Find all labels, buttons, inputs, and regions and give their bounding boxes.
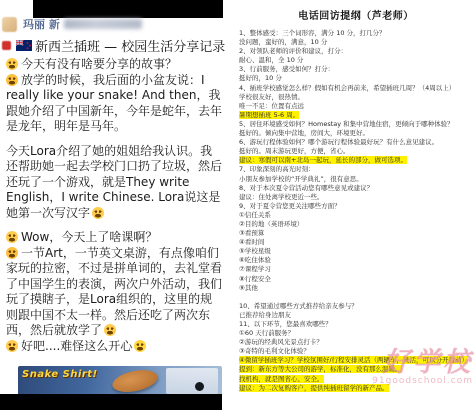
line-text: 小朋友参加学校的“开学典礼”，很有意思。	[239, 175, 363, 183]
post-body: 今天有没有啥要分享的故事？放学的时候，我后面的小盆友说：I really lik…	[6, 57, 222, 354]
outline-line: ④看时间	[239, 238, 474, 247]
interview-outline-panel: 电话回访提纲（芦老师） 1、整体感受：三个词形容，满分 10 分，打几分？没问题…	[237, 0, 475, 410]
outline-line: 11、以下环节，您最喜欢哪些？	[239, 320, 474, 329]
outline-line: ⑥吃住体验	[239, 256, 474, 265]
highlighted-text: 建议：为二次复购客户，提供纯插班留学的新产品。	[239, 384, 389, 392]
photo-dot-shape	[195, 382, 204, 391]
post-title: 新西兰插班 — 校园生活分享记录	[35, 36, 225, 55]
line-text: ⑨其他	[239, 284, 258, 292]
outline-line: 已推荐给身边朋友	[239, 311, 474, 320]
line-text: ⑧行程安全	[239, 275, 271, 283]
line-text: ⑦课程学习	[239, 265, 271, 273]
line-text: 已推荐给身边朋友	[239, 311, 291, 319]
outline-line: ②游玩的经典风光景点打卡？	[239, 338, 474, 347]
paragraph-text: 放学的时候，我后面的小盆友说：I really like your snake!…	[6, 73, 222, 134]
kid-emoji-icon	[6, 74, 18, 86]
author-name-redacted	[64, 19, 142, 29]
outline-line: ⑤学校星级	[239, 247, 474, 256]
outline-line: ①60 天行前服务？	[239, 329, 474, 338]
outline-line: ②目的地（英语环境）	[239, 220, 474, 229]
line-text: 6、游玩行程体验如何？哪个游玩行程体验最好玩？有什么意见建议。	[239, 138, 438, 146]
line-text: 挺好的。周末游玩更好，方便，省心。	[239, 147, 350, 155]
paragraph-text: 好吧....难怪这么开心	[21, 339, 132, 353]
outline-line: 2、对领队老师的评价和建议，打分：	[239, 47, 474, 56]
line-text: 耐心、温和，全 10 分	[239, 56, 303, 64]
line-text: ④看时间	[239, 238, 264, 246]
outline-line: ③看预算	[239, 229, 474, 238]
outline-line: ①信任关系	[239, 211, 474, 220]
mom-emoji-icon	[6, 58, 18, 70]
outline-line: 9、对于夏令营您更关注哪些方面？	[239, 202, 474, 211]
outline-line: 建议：为二次复购客户，提供纯插班留学的新产品。	[239, 384, 474, 393]
line-text: ②目的地（英语环境）	[239, 220, 303, 228]
line-text: ①信任关系	[239, 211, 271, 219]
post-paragraph: 今天有没有啥要分享的故事？	[6, 57, 222, 73]
line-text: ②游玩的经典风光景点打卡？	[239, 338, 323, 346]
line-text: 唯一不足：位置有点远	[239, 102, 304, 110]
line-text: ①60 天行前服务？	[239, 329, 294, 337]
line-text: 没问题，蛮好的，满意，10 分	[239, 38, 327, 46]
line-text: 挺好的，10 分	[239, 74, 282, 82]
line-text: 11、以下环节，您最喜欢哪些？	[239, 320, 332, 328]
post-paragraph: 放学的时候，我后面的小盆友说：I really like your snake!…	[6, 73, 222, 135]
outline-line: ⑦课程学习	[239, 265, 474, 274]
author-name[interactable]: 玛丽 新	[23, 16, 60, 32]
post-paragraph: 好吧....难怪这么开心	[6, 339, 222, 355]
outline-line: 提到：新东方等大公司的游学，标准化，没有那么温暖。	[239, 365, 474, 374]
line-text: 10、希望通过哪些方式推荐给亲友参与？	[239, 302, 358, 310]
line-text: ③奇特的毛利文化体验？	[239, 347, 310, 355]
post-paragraph: Wow，今天上了啥课啊？	[6, 230, 222, 246]
paragraph-text: Wow，今天上了啥课啊？	[21, 230, 157, 244]
line-text: 4、插班学校感觉怎么样？假如有机会再前来，希望插班几周？（4周以上）	[239, 84, 455, 92]
wechat-post-panel: 玛丽 新 新西兰插班 — 校园生活分享记录 今天有没有啥要分享的故事？放学的时	[0, 0, 230, 410]
outline-line: 7、印象深刻的高光时刻：	[239, 165, 474, 174]
line-text: 7、印象深刻的高光时刻：	[239, 165, 315, 173]
outline-line: 5、居住环境感受如何？Homestay 和集中营地住宿，更倾向于哪种体验？	[239, 120, 474, 129]
outline-line: 暑期想插班 5-6 周。	[239, 111, 474, 120]
post-paragraph: 一节Art，一节英文桌游，有点像咱们家玩的拉密，不过是拼单词的，去礼堂看了中国学…	[6, 246, 222, 339]
outline-line: 建议：寒假可以南+北岛一起玩，延长的部分，做可选项。	[239, 156, 474, 165]
highlighted-text: 提到：新东方等大公司的游学，标准化，没有那么温暖。	[239, 365, 402, 373]
line-text: 3、行前服务，感受如何？打分：	[239, 65, 334, 73]
outline-line	[239, 293, 474, 302]
smile-emoji-icon	[92, 207, 104, 219]
outline-line: 小朋友参加学校的“开学典礼”，很有意思。	[239, 175, 474, 184]
smile-emoji-icon	[104, 324, 116, 336]
outline-line: 没问题，蛮好的，满意，10 分	[239, 38, 474, 47]
line-text: ⑥吃住体验	[239, 256, 271, 264]
outline-line: ⑨其他	[239, 284, 474, 293]
outline-line: 耐心、温和，全 10 分	[239, 56, 474, 65]
highlighted-text: 建议：寒假可以南+北岛一起玩，延长的部分，做可选项。	[239, 156, 407, 164]
screenshot-root: 玛丽 新 新西兰插班 — 校园生活分享记录 今天有没有啥要分享的故事？放学的时	[0, 0, 475, 410]
paragraph-text: 一节Art，一节英文桌游，有点像咱们家玩的拉密，不过是拼单词的，去礼堂看了中国学…	[6, 246, 222, 338]
outline-line: 挺好的。周末游玩更好，方便，省心。	[239, 147, 474, 156]
mom-emoji-icon	[6, 231, 18, 243]
outline-line: 唯一不足：位置有点远	[239, 102, 474, 111]
outline-line: ③奇特的毛利文化体验？	[239, 347, 474, 356]
zany-emoji-icon	[134, 340, 146, 352]
paragraph-text: 今天Lora介绍了她的姐姐给我认识。我还帮助她一起去学校门口扔了垃圾，然后还玩了…	[6, 144, 222, 220]
line-text: 8、对于本次夏令营活动您有哪些意见或建议？	[239, 184, 373, 192]
line-text: 学校很友好，很热情。	[239, 93, 304, 101]
outline-line: 找机构，就是图省心、安全。	[239, 375, 474, 384]
outline-line: 挺好的。倾向集中营地，房间大，环境更好。	[239, 129, 474, 138]
outline-line: 3、行前服务，感受如何？打分：	[239, 65, 474, 74]
line-text: 2、对领队老师的评价和建议，打分：	[239, 47, 347, 55]
outline-line: 8、对于本次夏令营活动您有哪些意见或建议？	[239, 184, 474, 193]
outline-line: ⑧行程安全	[239, 275, 474, 284]
avatar[interactable]	[2, 17, 17, 32]
outline-line: 挺好的，10 分	[239, 74, 474, 83]
post-paragraph: 今天Lora介绍了她的姐姐给我认识。我还帮助她一起去学校门口扔了垃圾，然后还玩了…	[6, 144, 222, 222]
paragraph-text: 今天有没有啥要分享的故事？	[21, 57, 177, 71]
outline-line: 1、整体感受：三个词形容，满分 10 分，打几分？	[239, 29, 474, 38]
outline-line: ④微留学插班学习？学校氛围好/行程安排灵活（两辆车，灵活，可以分开行动）	[239, 356, 474, 365]
outline-line: 建议：住处离学校更近一些。	[239, 193, 474, 202]
line-text: 1、整体感受：三个词形容，满分 10 分，打几分？	[239, 29, 386, 37]
line-text: 挺好的。倾向集中营地，房间大，环境更好。	[239, 129, 369, 137]
outline-line: 学校很友好，很热情。	[239, 93, 474, 102]
doc-title: 电话回访提纲（芦老师）	[237, 7, 475, 22]
nz-flag-icon	[16, 40, 32, 51]
mom-emoji-icon	[6, 340, 18, 352]
post-title-row: 新西兰插班 — 校园生活分享记录	[2, 36, 225, 55]
highlighted-text: ④微留学插班学习？学校氛围好/行程安排灵活（两辆车，灵活，可以分开行动）	[239, 356, 468, 364]
kid-emoji-icon	[6, 247, 18, 259]
line-text: ⑤学校星级	[239, 247, 271, 255]
outline-line: 4、插班学校感觉怎么样？假如有机会再前来，希望插班几周？（4周以上）	[239, 84, 474, 93]
doc-lines: 1、整体感受：三个词形容，满分 10 分，打几分？没问题，蛮好的，满意，10 分…	[239, 29, 474, 393]
highlighted-text: 暑期想插班 5-6 周。	[239, 111, 299, 119]
line-text: 9、对于夏令营您更关注哪些方面？	[239, 202, 341, 210]
line-text: 5、居住环境感受如何？Homestay 和集中营地住宿，更倾向于哪种体验？	[239, 120, 454, 128]
photo-caption: Snake Shirt!	[22, 369, 98, 380]
line-text: ③看预算	[239, 229, 264, 237]
redaction-bar-bottom	[0, 394, 222, 410]
line-text: 建议：住处离学校更近一些。	[239, 193, 324, 201]
red-badge-icon	[2, 41, 11, 50]
outline-line: 10、希望通过哪些方式推荐给亲友参与？	[239, 302, 474, 311]
outline-line: 6、游玩行程体验如何？哪个游玩行程体验最好玩？有什么意见建议。	[239, 138, 474, 147]
highlighted-text: 找机构，就是图省心、安全。	[239, 375, 324, 383]
snake-toy-shape	[110, 366, 159, 395]
photo-card-shape	[166, 368, 218, 394]
post-header: 玛丽 新	[2, 16, 142, 32]
